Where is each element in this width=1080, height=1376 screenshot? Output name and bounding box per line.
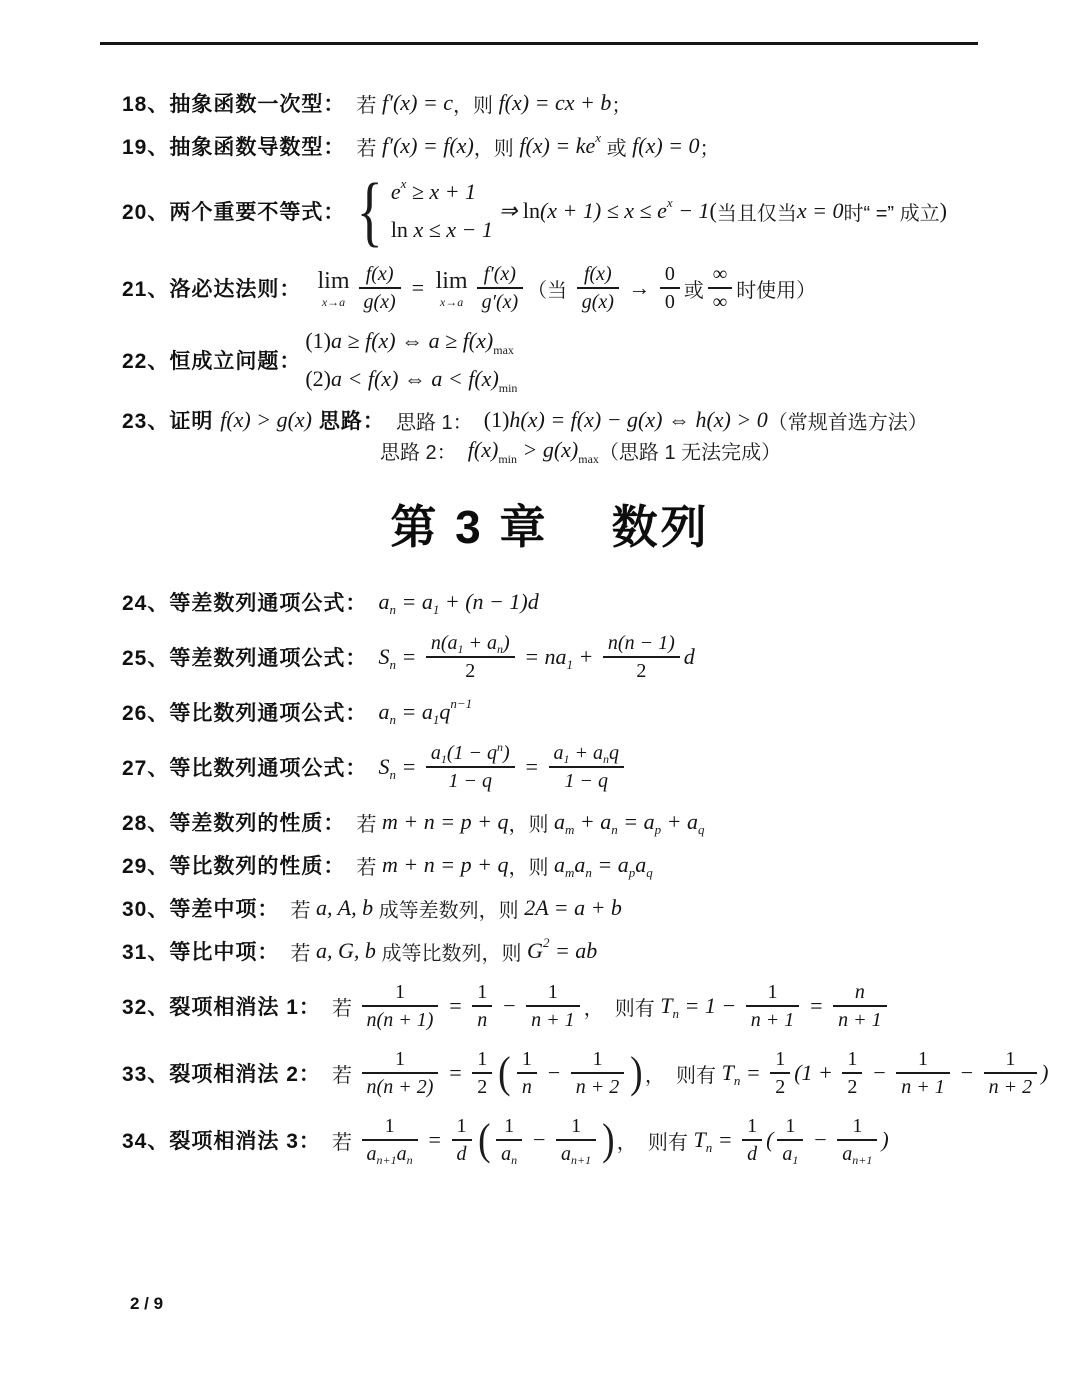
- formula-text: 1: [433, 712, 440, 728]
- formula-text: ， 则有: [617, 1126, 694, 1155]
- formula-text: n: [511, 1153, 517, 1167]
- formula-text: −: [807, 1127, 833, 1153]
- formula-text: f(x) > g(x): [220, 407, 312, 433]
- formula-text: n: [855, 980, 865, 1004]
- formula-text: 1 − q: [565, 769, 609, 793]
- formula-item-21: 21、洛必达法则： limx→af(x)g(x) = limx→af′(x)g′…: [122, 261, 1040, 315]
- formula-text: n + 1: [531, 1008, 575, 1032]
- formula-text: x: [401, 176, 407, 192]
- formula-text: [345, 135, 356, 158]
- formula-text: 若: [279, 894, 316, 923]
- formula-text: ln: [391, 217, 414, 243]
- fraction: ∞∞: [708, 261, 732, 315]
- formula-text: n + 1: [901, 1075, 945, 1099]
- formula-line: 22、恒成立问题：(1)a ≥ f(x) ⇔ a ≥ f(x)max(2)a <…: [122, 328, 1040, 392]
- fraction: 00: [660, 261, 680, 315]
- formula-item-18: 18、抽象函数一次型： 若 f′(x) = c，则 f(x) = cx + b；: [122, 88, 1040, 118]
- formula-text: 当且仅当: [717, 197, 797, 226]
- formula-text: m + n = p + q: [382, 809, 508, 835]
- formula-item-33: 33、裂项相消法 2： 若 1n(n + 2) = 12(1n − 1n + 2…: [122, 1046, 1040, 1100]
- formula-text: 2: [477, 1075, 487, 1099]
- formula-line: 27、等比数列通项公式： Sn = a1(1 − qn)1 − q = a1 +…: [122, 740, 1040, 794]
- formula-text: f(x): [584, 262, 612, 286]
- formula-text: f(x) = ke: [519, 133, 595, 159]
- formula-text: 1: [918, 1047, 928, 1071]
- fraction: a1(1 − qn)1 − q: [426, 740, 515, 794]
- formula-line: 33、裂项相消法 2： 若 1n(n + 2) = 12(1n − 1n + 2…: [122, 1046, 1040, 1100]
- formula-text: ，则: [453, 89, 499, 118]
- formula-text: S: [378, 644, 389, 670]
- formula-text: （常规首选方法）: [768, 406, 928, 435]
- formula-line: 28、等差数列的性质： 若 m + n = p + q，则 am + an = …: [122, 807, 1040, 837]
- formula-item-22: 22、恒成立问题：(1)a ≥ f(x) ⇔ a ≥ f(x)max(2)a <…: [122, 328, 1040, 392]
- formula-text: a: [431, 741, 441, 765]
- formula-text: x = 0: [797, 198, 844, 224]
- formula-text: 1: [564, 752, 570, 766]
- formula-text: (1): [305, 328, 331, 354]
- formula-text: =: [442, 1060, 468, 1086]
- item-label: 33、裂项相消法 2：: [122, 1058, 321, 1088]
- formula-text: f′(x) = c: [382, 90, 453, 116]
- item-label: 34、裂项相消法 3：: [122, 1125, 321, 1155]
- formula-item-26: 26、等比数列通项公式： an = a1qn−1: [122, 697, 1040, 727]
- formula-item-24: 24、等差数列通项公式： an = a1 + (n − 1)d: [122, 587, 1040, 617]
- formula-text: ，则: [508, 808, 554, 837]
- item-label: 思路：: [312, 405, 385, 435]
- formula-text: q: [646, 865, 653, 881]
- formula-text: 1 − q: [449, 769, 493, 793]
- formula-text: n+1: [377, 1153, 397, 1167]
- formula-text: n: [389, 657, 396, 673]
- item-label: 24、等差数列通项公式：: [122, 587, 367, 617]
- formula-text: > g(x): [517, 437, 578, 463]
- formula-text: (: [478, 1120, 490, 1160]
- formula-line: 34、裂项相消法 3： 若 1an+1an = 1d(1an − 1an+1)，…: [122, 1113, 1040, 1167]
- brace-glyph: {: [357, 174, 383, 248]
- formula-text: =: [442, 993, 468, 1019]
- item-label: 20、两个重要不等式：: [122, 196, 345, 226]
- item-label: 32、裂项相消法 1：: [122, 991, 321, 1021]
- formula-text: n(n + 1): [367, 1008, 434, 1032]
- formula-text: ， 则有: [584, 992, 661, 1021]
- formula-text: ，则: [508, 851, 554, 880]
- fraction: 1an+1: [556, 1113, 596, 1167]
- formula-text: 1: [767, 980, 777, 1004]
- formula-text: + a: [661, 809, 698, 835]
- formula-text: 若: [356, 89, 382, 118]
- formula-text: 1: [1005, 1047, 1015, 1071]
- formula-item-23: 23、证明 f(x) > g(x) 思路： 思路 1： (1)h(x) = f(…: [122, 405, 1040, 465]
- item-label: 19、抽象函数导数型：: [122, 131, 345, 161]
- formula-text: 时“ =” 成立: [844, 197, 940, 226]
- formula-item-31: 31、等比中项： 若 a, G, b 成等比数列，则 G2 = ab: [122, 936, 1040, 966]
- formula-text: n(n + 2): [367, 1075, 434, 1099]
- formula-items-chapter2: 18、抽象函数一次型： 若 f′(x) = c，则 f(x) = cx + b；…: [122, 88, 1040, 465]
- fraction: 12: [472, 1046, 492, 1100]
- formula-line: 26、等比数列通项公式： an = a1qn−1: [122, 697, 1040, 727]
- formula-text: + a: [574, 809, 611, 835]
- formula-text: 1: [775, 1047, 785, 1071]
- formula-item-34: 34、裂项相消法 3： 若 1an+1an = 1d(1an − 1an+1)，…: [122, 1113, 1040, 1167]
- formula-text: −: [954, 1060, 980, 1086]
- formula-text: 1: [477, 1047, 487, 1071]
- fraction: a1 + anq1 − q: [549, 740, 625, 794]
- formula-text: =: [740, 1060, 766, 1086]
- formula-text: n: [407, 1153, 413, 1167]
- formula-text: a < f(x) ⇔ a < f(x): [331, 366, 499, 392]
- formula-text: a: [561, 1142, 571, 1166]
- formula-text: = ab: [549, 938, 597, 964]
- formula-text: 1: [385, 1114, 395, 1138]
- formula-text: d: [684, 644, 695, 670]
- formula-text: n+1: [571, 1153, 591, 1167]
- formula-text: T: [693, 1127, 705, 1153]
- formula-line: 30、等差中项： 若 a, A, b 成等差数列，则 2A = a + b: [122, 893, 1040, 923]
- formula-text: (1 − q: [447, 741, 497, 765]
- fraction: 1n: [517, 1046, 537, 1100]
- formula-text: n: [389, 602, 396, 618]
- formula-text: a: [554, 809, 565, 835]
- formula-text: m: [565, 865, 574, 881]
- formula-text: ≥ x + 1: [406, 179, 476, 205]
- formula-text: 若: [345, 808, 382, 837]
- item-label: 30、等差中项：: [122, 893, 279, 923]
- formula-text: = a: [396, 589, 433, 615]
- formula-text: =: [519, 754, 545, 780]
- fraction: n(a1 + an)2: [426, 630, 515, 684]
- page-number: 2 / 9: [130, 1294, 163, 1314]
- formula-text: (x + 1) ≤ x ≤ e: [540, 198, 667, 224]
- formula-text: min: [498, 452, 517, 467]
- formula-text: n: [706, 1140, 713, 1156]
- formula-text: a: [378, 699, 389, 725]
- formula-text: [367, 646, 378, 669]
- formula-text: 1: [747, 1114, 757, 1138]
- formula-text: p: [629, 865, 636, 881]
- formula-text: ): [1041, 1060, 1048, 1086]
- formula-text: 思路 2：: [380, 436, 468, 465]
- formula-text: n: [522, 1075, 532, 1099]
- formula-text: 1: [847, 1047, 857, 1071]
- formula-text: n + 2: [576, 1075, 620, 1099]
- formula-text: ): [503, 741, 510, 765]
- formula-text: 时使用）: [736, 274, 816, 303]
- formula-text: a: [635, 852, 646, 878]
- formula-text: n: [585, 865, 592, 881]
- formula-text: n + 2: [989, 1075, 1033, 1099]
- formula-text: (1 +: [794, 1060, 838, 1086]
- fraction: 1n + 2: [571, 1046, 625, 1100]
- formula-line: 29、等比数列的性质： 若 m + n = p + q，则 aman = apa…: [122, 850, 1040, 880]
- formula-text: 或: [684, 274, 704, 303]
- formula-text: −: [541, 1060, 567, 1086]
- formula-text: 1: [458, 642, 464, 656]
- formula-text: 若: [321, 992, 358, 1021]
- formula-text: 若: [345, 851, 382, 880]
- formula-text: 成等差数列，则: [373, 894, 524, 923]
- formula-text: min: [499, 381, 518, 396]
- item-label: 31、等比中项：: [122, 936, 279, 966]
- formula-text: a: [554, 852, 565, 878]
- cases-group: {ex ≥ x + 1ln x ≤ x − 1: [351, 174, 493, 248]
- formula-item-27: 27、等比数列通项公式： Sn = a1(1 − qn)1 − q = a1 +…: [122, 740, 1040, 794]
- formula-line: 23、证明 f(x) > g(x) 思路： 思路 1： (1)h(x) = f(…: [122, 405, 1040, 435]
- formula-text: ): [503, 631, 510, 655]
- formula-line: 20、两个重要不等式：{ex ≥ x + 1ln x ≤ x − 1⇒ ln(x…: [122, 174, 1040, 248]
- formula-text: q: [698, 822, 705, 838]
- formula-line: 19、抽象函数导数型： 若 f′(x) = f(x)，则 f(x) = kex …: [122, 131, 1040, 161]
- formula-text: m: [565, 822, 574, 838]
- fraction: f′(x)g′(x): [477, 261, 524, 315]
- formula-text: =: [803, 993, 829, 1019]
- fraction: n(n − 1)2: [603, 630, 680, 684]
- formula-text: (1): [484, 407, 510, 433]
- formula-text: 思路 1：: [385, 406, 484, 435]
- fraction: 12: [842, 1046, 862, 1100]
- formula-text: = a: [618, 809, 655, 835]
- formula-text: n: [389, 712, 396, 728]
- formula-text: （当: [527, 274, 573, 303]
- formula-text: 1: [785, 1114, 795, 1138]
- formula-text: 1: [522, 1047, 532, 1071]
- formula-text: G: [527, 938, 543, 964]
- formula-text: 1: [593, 1047, 603, 1071]
- fraction: 1n + 1: [746, 979, 800, 1033]
- formula-list: 18、抽象函数一次型： 若 f′(x) = c，则 f(x) = cx + b；…: [122, 88, 1040, 1180]
- formula-text: 1: [548, 980, 558, 1004]
- formula-text: (: [766, 1127, 773, 1153]
- formula-item-30: 30、等差中项： 若 a, A, b 成等差数列，则 2A = a + b: [122, 893, 1040, 923]
- formula-text: f′(x) = f(x): [382, 133, 474, 159]
- formula-text: a: [574, 852, 585, 878]
- formula-item-29: 29、等比数列的性质： 若 m + n = p + q，则 aman = apa…: [122, 850, 1040, 880]
- formula-text: 2: [543, 935, 550, 951]
- formula-text: f′(x): [484, 262, 516, 286]
- formula-item-32: 32、裂项相消法 1： 若 1n(n + 1) = 1n − 1n + 1， 则…: [122, 979, 1040, 1033]
- formula-text: n−1: [450, 696, 472, 712]
- formula-text: 2: [465, 659, 475, 683]
- formula-line: 25、等差数列通项公式： Sn = n(a1 + an)2 = na1 + n(…: [122, 630, 1040, 684]
- formula-text: 1: [441, 752, 447, 766]
- fraction: 1n: [472, 979, 492, 1033]
- formula-text: ；: [611, 89, 631, 118]
- formula-text: 若: [356, 132, 382, 161]
- formula-text: + a: [464, 631, 498, 655]
- formula-text: x ≤ x − 1: [413, 217, 492, 243]
- formula-text: +: [573, 644, 599, 670]
- formula-text: =: [396, 644, 422, 670]
- formula-line: 18、抽象函数一次型： 若 f′(x) = c，则 f(x) = cx + b；: [122, 88, 1040, 118]
- fraction: 1n + 1: [526, 979, 580, 1033]
- formula-text: −: [496, 993, 522, 1019]
- formula-text: p: [655, 822, 662, 838]
- formula-text: d: [457, 1142, 467, 1166]
- formula-text: − 1: [673, 198, 710, 224]
- formula-text: 若: [321, 1126, 358, 1155]
- formula-line: 24、等差数列通项公式： an = a1 + (n − 1)d: [122, 587, 1040, 617]
- formula-text: a: [397, 1142, 407, 1166]
- formula-text: 2A = a + b: [524, 895, 622, 921]
- formula-text: 2: [847, 1075, 857, 1099]
- formula-text: [345, 92, 356, 115]
- formula-text: f(x) = cx + b: [499, 90, 612, 116]
- formula-text: a: [782, 1142, 792, 1166]
- formula-text: a: [842, 1142, 852, 1166]
- formula-text: ln: [523, 198, 540, 224]
- formula-line: 31、等比中项： 若 a, G, b 成等比数列，则 G2 = ab: [122, 936, 1040, 966]
- formula-text: 1: [457, 1114, 467, 1138]
- formula-text: =: [396, 754, 422, 780]
- item-label: 18、抽象函数一次型：: [122, 88, 345, 118]
- formula-text: ): [940, 198, 947, 224]
- formula-text: a, G, b: [316, 938, 376, 964]
- formula-text: −: [866, 1060, 892, 1086]
- limit-operator: limx→a: [317, 269, 349, 308]
- formula-text: 0: [665, 290, 675, 314]
- formula-text: 若: [321, 1059, 358, 1088]
- formula-text: 2: [636, 659, 646, 683]
- formula-item-28: 28、等差数列的性质： 若 m + n = p + q，则 am + an = …: [122, 807, 1040, 837]
- fraction: 1d: [742, 1113, 762, 1167]
- formula-text: max: [493, 343, 514, 358]
- limit-operator: limx→a: [436, 269, 468, 308]
- stacked-lines: (1)a ≥ f(x) ⇔ a ≥ f(x)max(2)a < f(x) ⇔ a…: [305, 328, 517, 392]
- formula-text: (: [710, 198, 717, 224]
- formula-text: 成等比数列，则: [376, 937, 527, 966]
- formula-text: ， 则有: [645, 1059, 722, 1088]
- formula-text: [367, 701, 378, 724]
- formula-text: ∞: [713, 290, 727, 314]
- formula-text: [367, 591, 378, 614]
- formula-text: n: [477, 1008, 487, 1032]
- formula-text: = a: [396, 699, 433, 725]
- formula-text: 若: [279, 937, 316, 966]
- formula-text: =: [422, 1127, 448, 1153]
- formula-text: (: [498, 1053, 510, 1093]
- formula-text: ): [630, 1053, 642, 1093]
- formula-text: f(x) = 0: [632, 133, 699, 159]
- fraction: 1an: [496, 1113, 522, 1167]
- fraction: 1n(n + 1): [362, 979, 439, 1033]
- fraction: 1n(n + 2): [362, 1046, 439, 1100]
- item-label: 22、恒成立问题：: [122, 345, 301, 375]
- formula-text: x: [667, 195, 673, 211]
- formula-text: x: [595, 130, 601, 146]
- formula-text: −: [526, 1127, 552, 1153]
- formula-text: 1: [395, 980, 405, 1004]
- formula-line: 21、洛必达法则： limx→af(x)g(x) = limx→af′(x)g′…: [122, 261, 1040, 315]
- formula-text: T: [660, 993, 672, 1019]
- item-label: 28、等差数列的性质：: [122, 807, 345, 837]
- formula-text: 1: [395, 1047, 405, 1071]
- item-label: 23、证明: [122, 405, 220, 435]
- chapter-heading: 第 3 章 数列: [91, 491, 1009, 557]
- formula-text: n + 1: [751, 1008, 795, 1032]
- formula-text: g′(x): [482, 290, 519, 314]
- formula-text: a: [554, 741, 564, 765]
- formula-text: a: [501, 1142, 511, 1166]
- formula-text: →: [623, 275, 656, 301]
- formula-text: 或: [601, 132, 632, 161]
- formula-text: n: [673, 1006, 680, 1022]
- formula-text: ⇒: [499, 198, 523, 224]
- fraction: nn + 1: [833, 979, 887, 1033]
- formula-text: n+1: [852, 1153, 872, 1167]
- formula-text: g(x): [364, 290, 396, 314]
- fraction: 1a1: [777, 1113, 803, 1167]
- fraction: f(x)g(x): [359, 261, 401, 315]
- formula-text: max: [578, 452, 599, 467]
- fraction: 12: [770, 1046, 790, 1100]
- formula-text: q: [439, 699, 450, 725]
- fraction: 1an+1an: [362, 1113, 418, 1167]
- formula-text: ，则: [474, 132, 520, 161]
- fraction: f(x)g(x): [577, 261, 619, 315]
- formula-text: a ≥ f(x) ⇔ a ≥ f(x): [331, 328, 493, 354]
- formula-text: 1: [433, 602, 440, 618]
- fraction: 1n + 1: [896, 1046, 950, 1100]
- formula-text: 1: [567, 657, 574, 673]
- formula-text: (2): [305, 366, 331, 392]
- formula-text: S: [378, 754, 389, 780]
- item-label: 27、等比数列通项公式：: [122, 752, 367, 782]
- formula-text: f(x): [366, 262, 394, 286]
- item-label: 21、洛必达法则：: [122, 273, 301, 303]
- formula-text: q: [609, 741, 619, 765]
- formula-text: ): [881, 1127, 888, 1153]
- formula-text: + a: [570, 741, 604, 765]
- formula-text: n: [603, 752, 609, 766]
- fraction: 1d: [452, 1113, 472, 1167]
- formula-text: a: [367, 1142, 377, 1166]
- formula-text: =: [712, 1127, 738, 1153]
- formula-text: n: [734, 1073, 741, 1089]
- formula-text: f(x): [468, 437, 499, 463]
- formula-text: （思路 1 无法完成）: [599, 436, 781, 465]
- formula-text: = a: [592, 852, 629, 878]
- formula-text: n(n − 1): [608, 631, 675, 655]
- document-page: 18、抽象函数一次型： 若 f′(x) = c，则 f(x) = cx + b；…: [0, 0, 1080, 1376]
- formula-text: [367, 756, 378, 779]
- formula-item-25: 25、等差数列通项公式： Sn = n(a1 + an)2 = na1 + n(…: [122, 630, 1040, 684]
- formula-item-20: 20、两个重要不等式：{ex ≥ x + 1ln x ≤ x − 1⇒ ln(x…: [122, 174, 1040, 248]
- formula-text: = 1 −: [679, 993, 742, 1019]
- formula-text: ∞: [713, 262, 727, 286]
- formula-text: n: [497, 740, 503, 754]
- page-top-rule: [100, 42, 978, 45]
- formula-line: 思路 2： f(x)min > g(x)max（思路 1 无法完成）: [380, 435, 1040, 465]
- formula-text: 2: [775, 1075, 785, 1099]
- formula-text: + (n − 1)d: [439, 589, 538, 615]
- formula-text: ): [602, 1120, 614, 1160]
- formula-text: ；: [700, 132, 720, 161]
- item-label: 26、等比数列通项公式：: [122, 697, 367, 727]
- formula-text: a, A, b: [316, 895, 373, 921]
- formula-text: n(a: [431, 631, 458, 655]
- formula-text: a: [378, 589, 389, 615]
- fraction: 1n + 2: [984, 1046, 1038, 1100]
- formula-text: 1: [792, 1153, 798, 1167]
- formula-text: 1: [477, 980, 487, 1004]
- formula-items-chapter3: 24、等差数列通项公式： an = a1 + (n − 1)d25、等差数列通项…: [122, 587, 1040, 1167]
- formula-text: n + 1: [838, 1008, 882, 1032]
- formula-text: 1: [571, 1114, 581, 1138]
- formula-item-19: 19、抽象函数导数型： 若 f′(x) = f(x)，则 f(x) = kex …: [122, 131, 1040, 161]
- fraction: 1an+1: [837, 1113, 877, 1167]
- formula-text: m + n = p + q: [382, 852, 508, 878]
- formula-text: n: [497, 642, 503, 656]
- item-label: 25、等差数列通项公式：: [122, 642, 367, 672]
